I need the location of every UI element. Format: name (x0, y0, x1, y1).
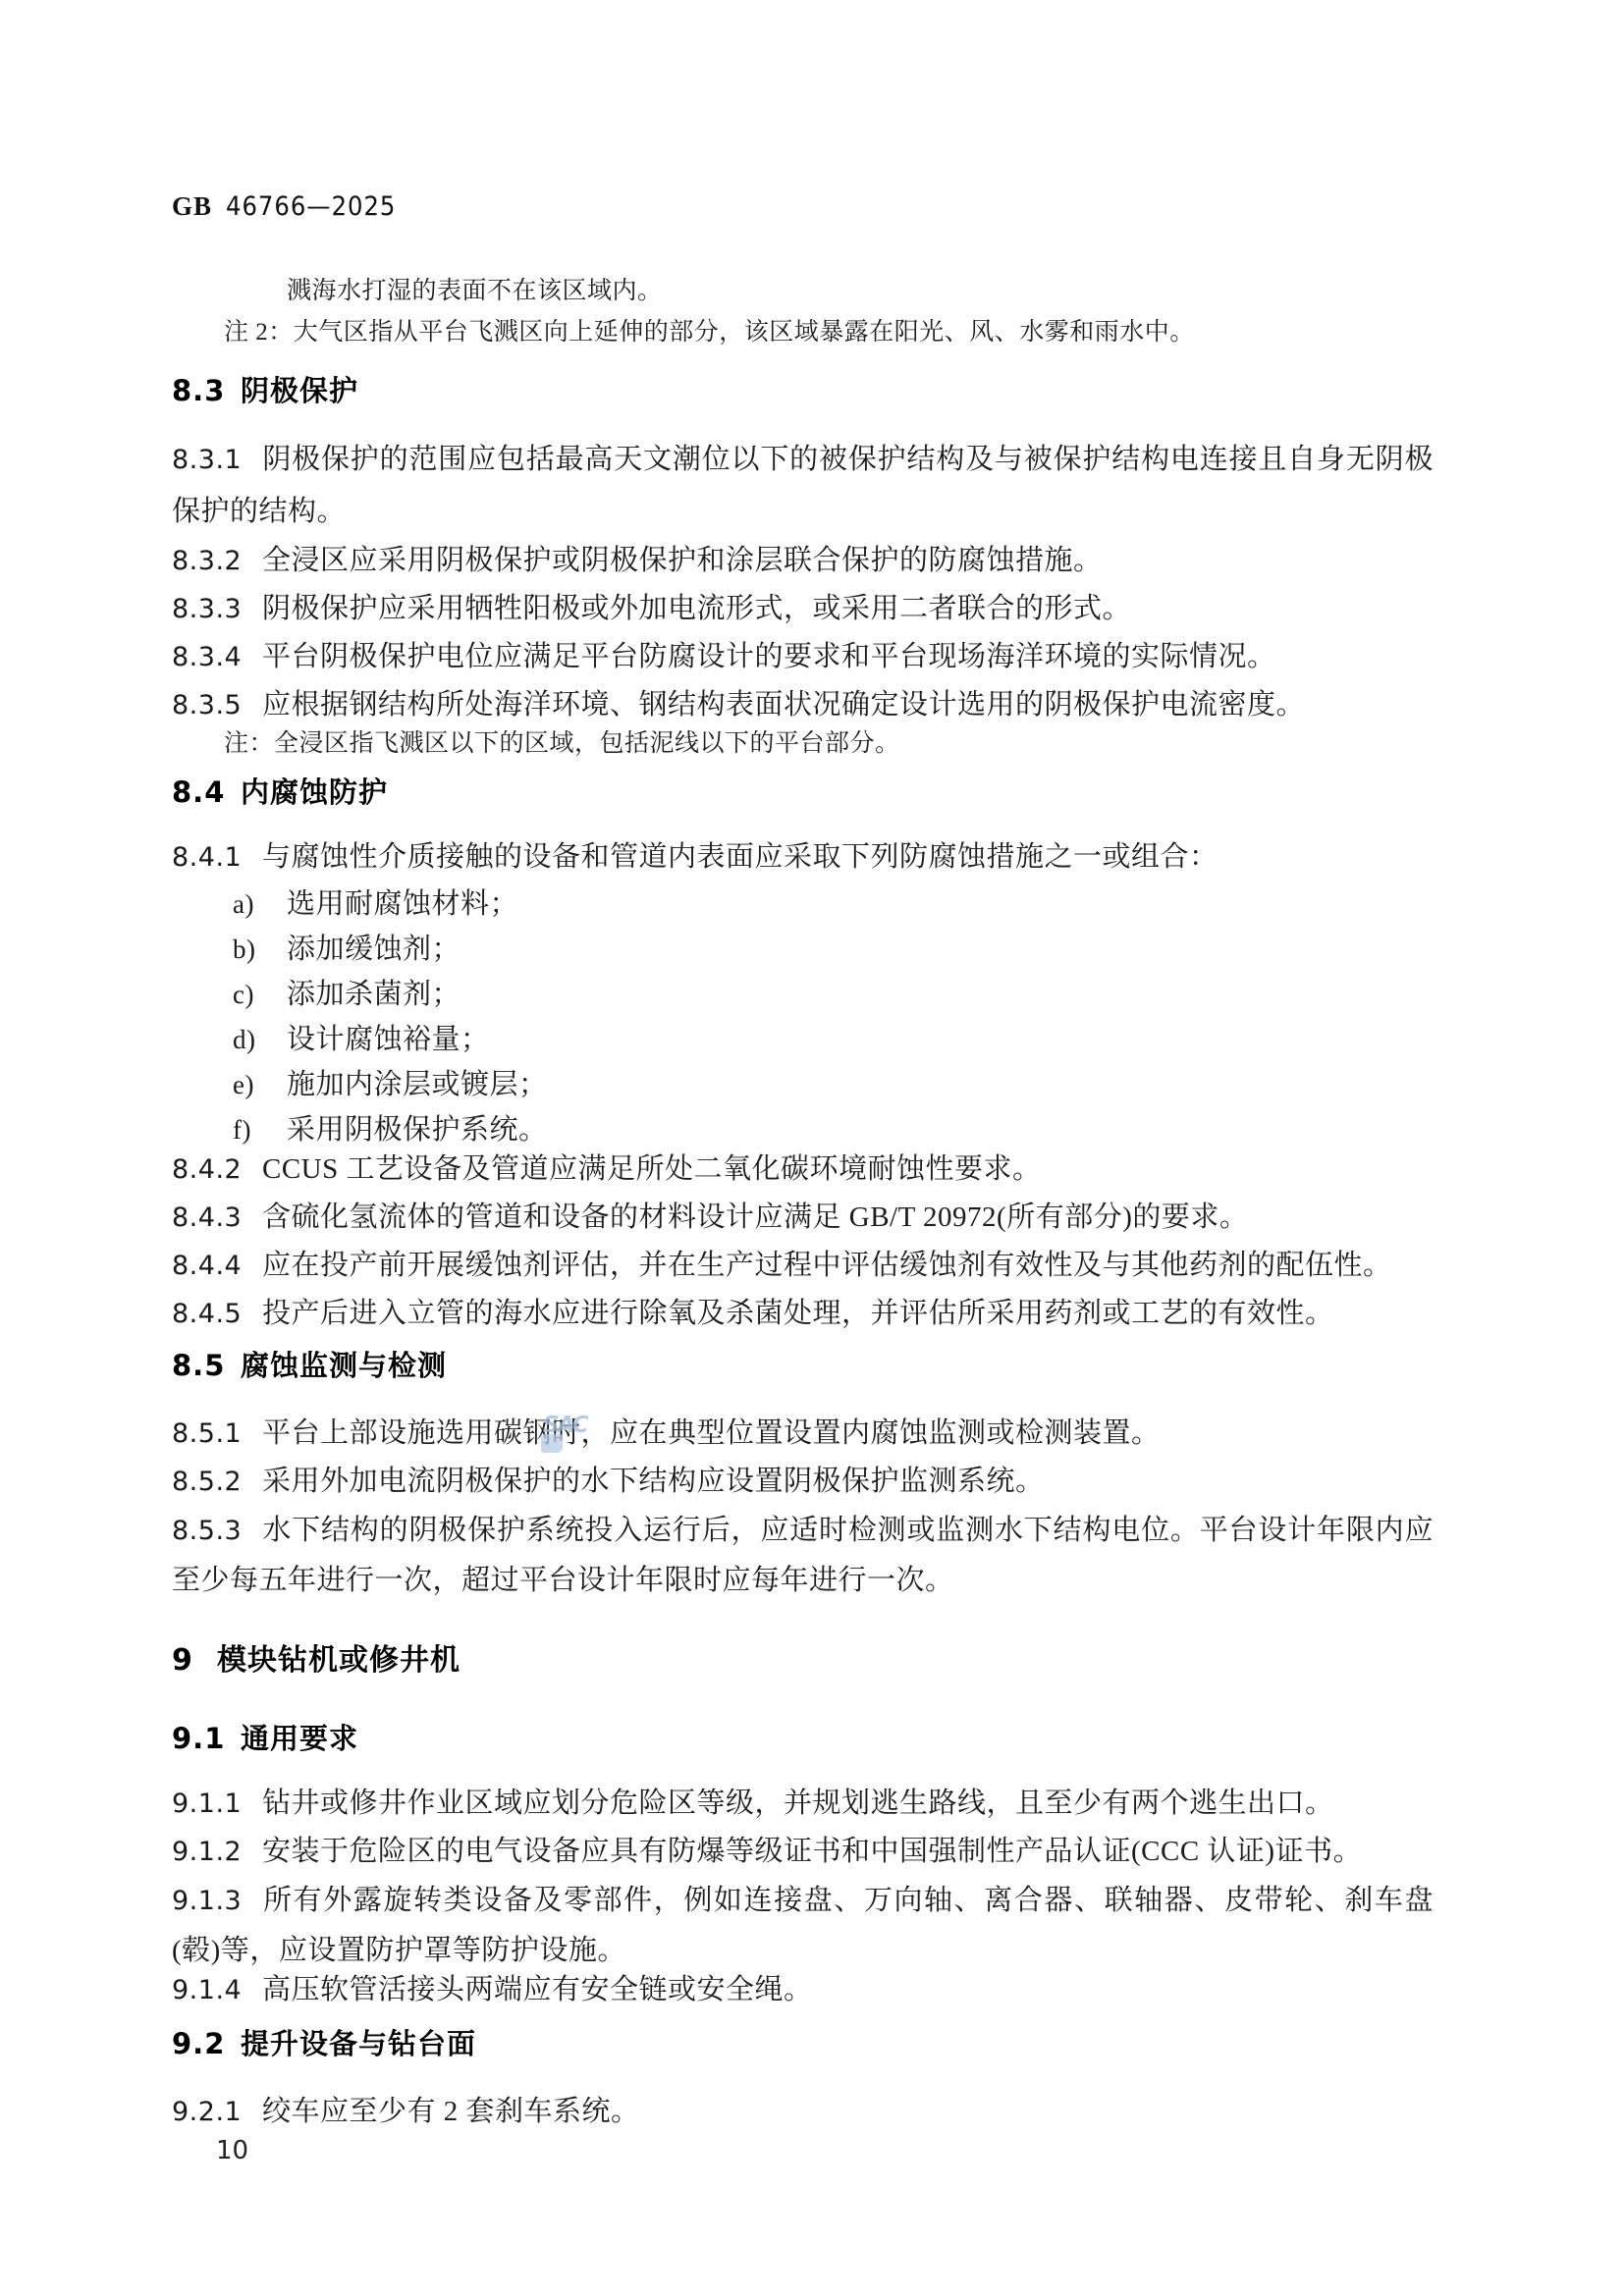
clause-text: 与腐蚀性介质接触的设备和管道内表面应采取下列防腐蚀措施之一或组合： (262, 841, 1218, 873)
list-text: 施加内涂层或镀层； (287, 1069, 548, 1100)
section-number: 8.4 (172, 773, 241, 812)
clause-9-1-1: 9.1.1钻井或修井作业区域应划分危险区等级，并规划逃生路线，且至少有两个逃生出… (172, 1780, 1434, 1828)
clause-number: 8.4.1 (172, 834, 262, 881)
clause-text: 应根据钢结构所处海洋环境、钢结构表面状况确定设计选用的阴极保护电流密度。 (262, 689, 1305, 721)
clause-number: 9.2.1 (172, 2089, 262, 2136)
list-item: e)施加内涂层或镀层； (172, 1062, 1434, 1107)
list-text: 添加杀菌剂； (287, 979, 460, 1010)
standard-code-prefix: GB (172, 191, 212, 221)
clause-text: 应在投产前开展缓蚀剂评估，并在生产过程中评估缓蚀剂有效性及与其他药剂的配伍性。 (262, 1250, 1392, 1281)
clause-text: 全浸区应采用阴极保护或阴极保护和涂层联合保护的防腐蚀措施。 (262, 545, 1103, 576)
clause-number: 8.5.1 (172, 1411, 262, 1458)
clause-number: 8.4.4 (172, 1243, 262, 1290)
clause-number: 9.1.4 (172, 1967, 262, 2014)
clause-9-1-4: 9.1.4高压软管活接头两端应有安全链或安全绳。 (172, 1966, 1434, 2014)
clause-text: 平台上部设施选用碳钢时，应在典型位置设置内腐蚀监测或检测装置。 (262, 1417, 1161, 1449)
clause-text: CCUS 工艺设备及管道应满足所处二氧化碳环境耐蚀性要求。 (262, 1153, 1042, 1185)
page-content: GB46766—2025 溅海水打湿的表面不在该区域内。 注 2：大气区指从平台… (172, 0, 1434, 2163)
section-title: 提升设备与钻台面 (241, 2027, 476, 2060)
note1-continuation-line: 溅海水打湿的表面不在该区域内。 (172, 271, 1434, 312)
standard-code-number: 46766—2025 (226, 191, 396, 222)
clause-8-3-1: 8.3.1阴极保护的范围应包括最高天文潮位以下的被保护结构及与被保护结构电连接且… (172, 434, 1434, 537)
standard-code-header: GB46766—2025 (172, 193, 1434, 220)
clause-text: 高压软管活接头两端应有安全链或安全绳。 (262, 1974, 813, 2005)
clause-8-5-1: 8.5.1平台上部设施选用碳钢时，应在典型位置设置内腐蚀监测或检测装置。 (172, 1410, 1434, 1458)
clause-text: 钻井或修井作业区域应划分危险区等级，并规划逃生路线，且至少有两个逃生出口。 (262, 1788, 1334, 1819)
document-page: GB46766—2025 溅海水打湿的表面不在该区域内。 注 2：大气区指从平台… (0, 0, 1624, 2296)
list-marker: d) (233, 1017, 287, 1062)
clause-text: 水下结构的阴极保护系统投入运行后，应适时检测或监测水下结构电位。平台设计年限内应… (172, 1515, 1434, 1596)
clause-number: 8.4.3 (172, 1195, 262, 1242)
list-item: a)选用耐腐蚀材料； (172, 881, 1434, 927)
clause-9-1-2: 9.1.2安装于危险区的电气设备应具有防爆等级证书和中国强制性产品认证(CCC … (172, 1828, 1434, 1876)
list-item: d)设计腐蚀裕量； (172, 1017, 1434, 1062)
list-item: c)添加杀菌剂； (172, 972, 1434, 1017)
clause-8-3-5: 8.3.5应根据钢结构所处海洋环境、钢结构表面状况确定设计选用的阴极保护电流密度… (172, 681, 1434, 729)
clause-text: 投产后进入立管的海水应进行除氧及杀菌处理，并评估所采用药剂或工艺的有效性。 (262, 1298, 1334, 1329)
clause-number: 8.5.3 (172, 1507, 262, 1556)
section-title: 阴极保护 (241, 374, 358, 407)
section-heading-9-2: 9.2提升设备与钻台面 (172, 2024, 1434, 2063)
clause-8-4-4: 8.4.4应在投产前开展缓蚀剂评估，并在生产过程中评估缓蚀剂有效性及与其他药剂的… (172, 1242, 1434, 1290)
clause-number: 8.3.3 (172, 586, 262, 633)
section-heading-8-3: 8.3阴极保护 (172, 371, 1434, 410)
clause-8-5-2: 8.5.2采用外加电流阴极保护的水下结构应设置阴极保护监测系统。 (172, 1458, 1434, 1506)
list-marker: b) (233, 927, 287, 972)
list-item: b)添加缓蚀剂； (172, 927, 1434, 972)
clause-9-2-1: 9.2.1绞车应至少有 2 套刹车系统。 (172, 2088, 1434, 2136)
section-title: 内腐蚀防护 (241, 775, 388, 809)
clause-text: 阴极保护的范围应包括最高天文潮位以下的被保护结构及与被保护结构电连接且自身无阴极… (172, 444, 1434, 527)
section-heading-8-5: 8.5腐蚀监测与检测 (172, 1346, 1434, 1385)
clause-number: 8.3.4 (172, 634, 262, 681)
section-number: 8.5 (172, 1346, 241, 1385)
section-number: 9.1 (172, 1719, 241, 1758)
clause-8-3-2: 8.3.2全浸区应采用阴极保护或阴极保护和涂层联合保护的防腐蚀措施。 (172, 537, 1434, 585)
clause-8-4-1: 8.4.1与腐蚀性介质接触的设备和管道内表面应采取下列防腐蚀措施之一或组合： (172, 833, 1434, 881)
section-heading-8-4: 8.4内腐蚀防护 (172, 773, 1434, 812)
section-heading-9-1: 9.1通用要求 (172, 1719, 1434, 1758)
list-marker: e) (233, 1062, 287, 1107)
chapter-number: 9 (172, 1640, 217, 1682)
clause-9-1-3: 9.1.3所有外露旋转类设备及零部件，例如连接盘、万向轴、离合器、联轴器、皮带轮… (172, 1876, 1434, 1975)
clause-8-5-3: 8.5.3水下结构的阴极保护系统投入运行后，应适时检测或监测水下结构电位。平台设… (172, 1506, 1434, 1605)
clause-8-3-3: 8.3.3阴极保护应采用牺牲阳极或外加电流形式，或采用二者联合的形式。 (172, 585, 1434, 633)
chapter-title: 模块钻机或修井机 (217, 1643, 460, 1678)
list-text: 选用耐腐蚀材料； (287, 888, 518, 920)
clause-number: 8.4.2 (172, 1147, 262, 1194)
page-number: 10 (172, 2138, 1434, 2163)
note-8-3: 注：全浸区指飞溅区以下的区域，包括泥线以下的平台部分。 (172, 723, 1434, 765)
clause-number: 8.4.5 (172, 1291, 262, 1338)
list-8-4-1: a)选用耐腐蚀材料； b)添加缓蚀剂； c)添加杀菌剂； d)设计腐蚀裕量； e… (172, 881, 1434, 1152)
clause-number: 8.3.2 (172, 538, 262, 585)
clause-text: 所有外露旋转类设备及零部件，例如连接盘、万向轴、离合器、联轴器、皮带轮、刹车盘(… (172, 1885, 1434, 1966)
clause-text: 安装于危险区的电气设备应具有防爆等级证书和中国强制性产品认证(CCC 认证)证书… (262, 1836, 1362, 1867)
clause-number: 9.1.1 (172, 1781, 262, 1828)
clause-number: 8.5.2 (172, 1459, 262, 1506)
clause-8-4-3: 8.4.3含硫化氢流体的管道和设备的材料设计应满足 GB/T 20972(所有部… (172, 1194, 1434, 1242)
clause-text: 采用外加电流阴极保护的水下结构应设置阴极保护监测系统。 (262, 1466, 1045, 1497)
list-text: 采用阴极保护系统。 (287, 1114, 548, 1146)
list-marker: c) (233, 972, 287, 1017)
clause-text: 阴极保护应采用牺牲阳极或外加电流形式，或采用二者联合的形式。 (262, 593, 1131, 624)
note-2: 注 2：大气区指从平台飞溅区向上延伸的部分，该区域暴露在阳光、风、水雾和雨水中。 (172, 312, 1434, 353)
clause-number: 9.1.2 (172, 1829, 262, 1876)
clause-number: 8.3.1 (172, 435, 262, 486)
section-title: 腐蚀监测与检测 (241, 1349, 447, 1382)
clause-8-4-2: 8.4.2CCUS 工艺设备及管道应满足所处二氧化碳环境耐蚀性要求。 (172, 1146, 1434, 1194)
list-text: 添加缓蚀剂； (287, 934, 460, 965)
section-title: 通用要求 (241, 1722, 358, 1755)
clause-number: 8.3.5 (172, 682, 262, 729)
clause-8-4-5: 8.4.5投产后进入立管的海水应进行除氧及杀菌处理，并评估所采用药剂或工艺的有效… (172, 1290, 1434, 1338)
clause-text: 绞车应至少有 2 套刹车系统。 (262, 2096, 640, 2127)
section-number: 9.2 (172, 2024, 241, 2063)
clause-number: 9.1.3 (172, 1877, 262, 1926)
clause-text: 平台阴极保护电位应满足平台防腐设计的要求和平台现场海洋环境的实际情况。 (262, 641, 1276, 672)
chapter-heading-9: 9模块钻机或修井机 (172, 1640, 1434, 1682)
list-marker: a) (233, 881, 287, 927)
clause-8-3-4: 8.3.4平台阴极保护电位应满足平台防腐设计的要求和平台现场海洋环境的实际情况。 (172, 633, 1434, 681)
clause-text: 含硫化氢流体的管道和设备的材料设计应满足 GB/T 20972(所有部分)的要求… (262, 1201, 1248, 1233)
list-text: 设计腐蚀裕量； (287, 1024, 490, 1055)
section-number: 8.3 (172, 371, 241, 410)
